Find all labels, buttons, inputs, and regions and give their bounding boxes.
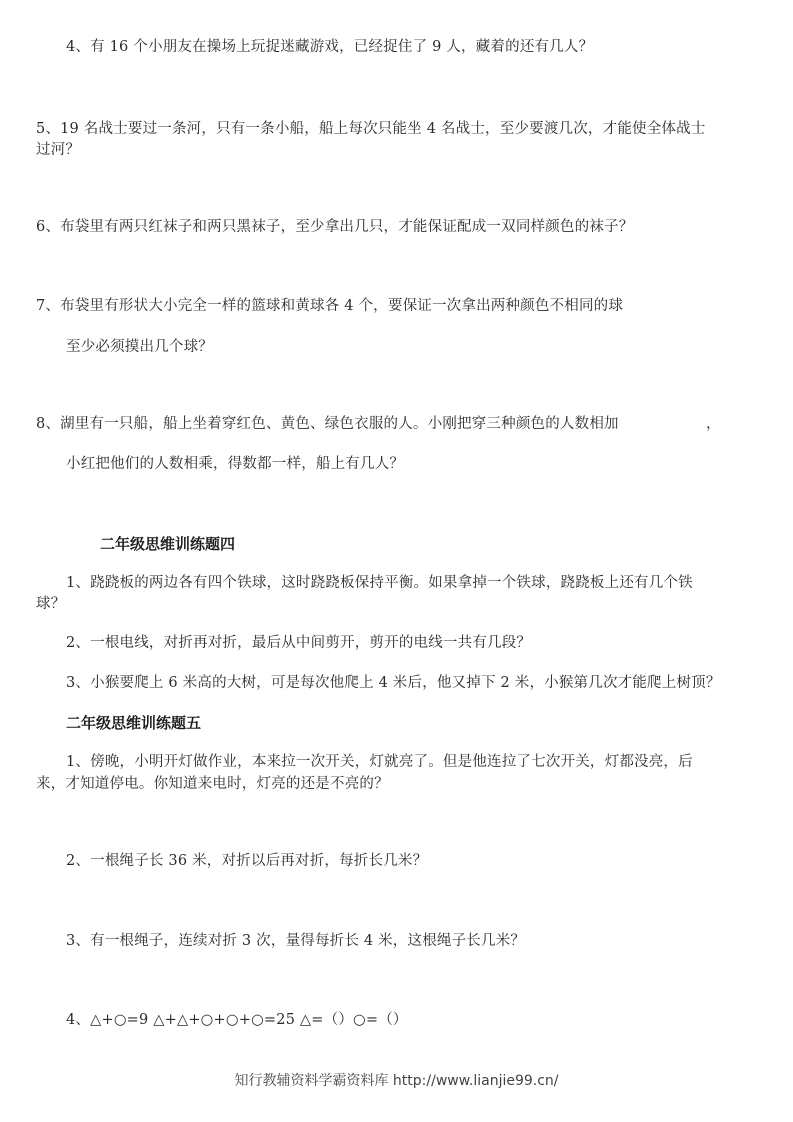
- footer-watermark: 知行教辅资料学霸资料库 http://www.lianjie99.cn/: [0, 1070, 793, 1090]
- question-7-line-1: 7、布袋里有形状大小完全一样的篮球和黄球各 4 个，要保证一次拿出两种颜色不相同…: [36, 296, 623, 316]
- question-4: 4、有 16 个小朋友在操场上玩捉迷藏游戏，已经捉住了 9 人，藏着的还有几人？: [66, 37, 593, 57]
- set4-question-3: 3、小猴要爬上 6 米高的大树，可是每次他爬上 4 米后，他又掉下 2 米，小猴…: [66, 673, 721, 693]
- set4-question-2: 2、一根电线，对折再对折，最后从中间剪开，剪开的电线一共有几段？: [66, 633, 531, 653]
- question-8-line-2: 小红把他们的人数相乘，得数都一样，船上有几人？: [66, 454, 404, 474]
- set5-question-1-line-2: 来，才知道停电。你知道来电时，灯亮的还是不亮的？: [36, 774, 389, 794]
- set4-question-1-line-2: 球？: [36, 594, 65, 614]
- question-7-line-2: 至少必须摸出几个球？: [66, 337, 213, 357]
- set5-question-4: 4、△+○=9 △+△+○+○+○=25 △=（）○=（）: [66, 1010, 408, 1030]
- question-8-comma: ，: [706, 414, 721, 434]
- set5-question-3: 3、有一根绳子，连续对折 3 次，量得每折长 4 米，这根绳子长几米？: [66, 931, 525, 951]
- question-5-line-2: 过河？: [36, 140, 80, 160]
- set4-question-1-line-1: 1、跷跷板的两边各有四个铁球，这时跷跷板保持平衡。如果拿掉一个铁球，跷跷板上还有…: [66, 573, 693, 593]
- section-title-4: 二年级思维训练题四: [100, 534, 235, 554]
- question-8-line-1: 8、湖里有一只船，船上坐着穿红色、黄色、绿色衣服的人。小刚把穿三种颜色的人数相加: [36, 414, 619, 434]
- set5-question-2: 2、一根绳子长 36 米，对折以后再对折，每折长几米？: [66, 851, 427, 871]
- question-6: 6、布袋里有两只红袜子和两只黑袜子，至少拿出几只，才能保证配成一双同样颜色的袜子…: [36, 217, 633, 237]
- set5-question-1-line-1: 1、傍晚，小明开灯做作业，本来拉一次开关，灯就亮了。但是他连拉了七次开关，灯都没…: [66, 752, 693, 772]
- question-5-line-1: 5、19 名战士要过一条河，只有一条小船，船上每次只能坐 4 名战士，至少要渡几…: [36, 119, 706, 139]
- section-title-5: 二年级思维训练题五: [66, 713, 201, 733]
